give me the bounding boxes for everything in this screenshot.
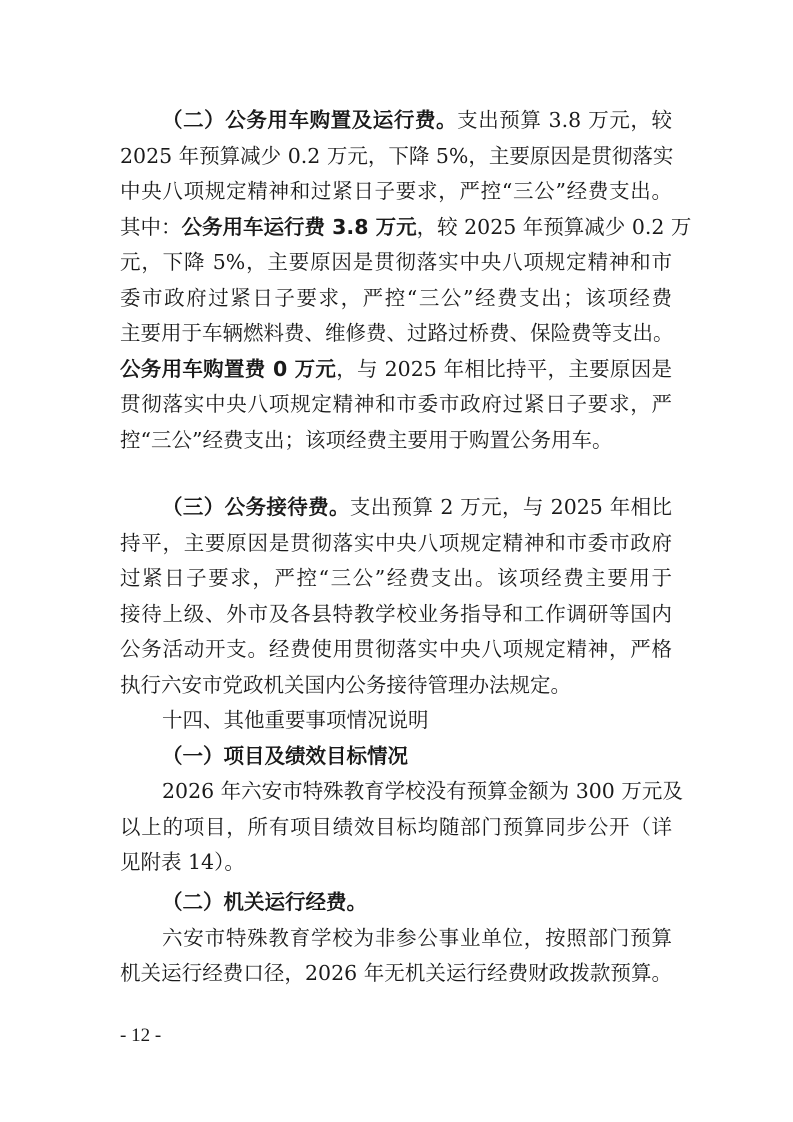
paragraph-line: 六安市特殊教育学校为非参公事业单位，按照部门预算: [162, 920, 672, 956]
text-run: 执行六安市党政机关国内公务接待管理办法规定。: [120, 673, 571, 697]
text-run: 支出预算 2 万元，与 2025 年相比: [350, 495, 672, 519]
subsection-project-performance-heading: （一）项目及绩效目标情况: [162, 738, 672, 774]
section-14-heading: 十四、其他重要事项情况说明: [162, 702, 672, 738]
page-number: - 12 -: [120, 1022, 161, 1050]
paragraph-line: 过紧日子要求，严控“三公”经费支出。该项经费主要用于: [120, 560, 672, 596]
paragraph-line: 委市政府过紧日子要求，严控“三公”经费支出；该项经费: [120, 280, 672, 316]
text-run: 支出预算 3.8 万元，较: [457, 108, 672, 132]
paragraph-line: 执行六安市党政机关国内公务接待管理办法规定。: [120, 667, 672, 703]
paragraph-line: 元，下降 5%，主要原因是贯彻落实中央八项规定精神和市: [120, 244, 672, 280]
bold-run: 公务用车购置费 0 万元: [120, 357, 336, 381]
paragraph-line: 2025 年预算减少 0.2 万元，下降 5%，主要原因是贯彻落实: [120, 138, 672, 174]
text-run: 贯彻落实中央八项规定精神和市委市政府过紧日子要求，严: [120, 392, 672, 416]
bold-run: （二）公务用车购置及运行费。: [162, 108, 457, 132]
text-run: 过紧日子要求，严控“三公”经费支出。该项经费主要用于: [120, 566, 672, 590]
bold-run: 公务用车运行费 3.8 万元: [182, 215, 417, 239]
document-page: （二）公务用车购置及运行费。支出预算 3.8 万元，较2025 年预算减少 0.…: [0, 0, 793, 1122]
paragraph-line: （二）公务用车购置及运行费。支出预算 3.8 万元，较: [162, 102, 672, 138]
paragraph-line: （三）公务接待费。支出预算 2 万元，与 2025 年相比: [162, 489, 672, 525]
text-run: 持平，主要原因是贯彻落实中央八项规定精神和市委市政府: [120, 531, 672, 555]
paragraph-line: 以上的项目，所有项目绩效目标均随部门预算同步公开（详: [120, 809, 672, 845]
paragraph-line: 其中：公务用车运行费 3.8 万元，较 2025 年预算减少 0.2 万: [120, 209, 672, 245]
paragraph-line: 接待上级、外市及各县特教学校业务指导和工作调研等国内: [120, 596, 672, 632]
paragraph-line: 主要用于车辆燃料费、维修费、过路过桥费、保险费等支出。: [120, 315, 672, 351]
paragraph-line: 控“三公”经费支出；该项经费主要用于购置公务用车。: [120, 422, 672, 458]
text-run: 其中：: [120, 215, 182, 239]
paragraph-line: 持平，主要原因是贯彻落实中央八项规定精神和市委市政府: [120, 525, 672, 561]
text-run: 接待上级、外市及各县特教学校业务指导和工作调研等国内: [120, 602, 672, 626]
text-run: ，与 2025 年相比持平，主要原因是: [336, 357, 672, 381]
text-run: 控“三公”经费支出；该项经费主要用于购置公务用车。: [120, 428, 612, 452]
text-run: 主要用于车辆燃料费、维修费、过路过桥费、保险费等支出。: [120, 321, 674, 345]
paragraph-line: 贯彻落实中央八项规定精神和市委市政府过紧日子要求，严: [120, 386, 672, 422]
paragraph-line: 公务活动开支。经费使用贯彻落实中央八项规定精神，严格: [120, 631, 672, 667]
text-run: 委市政府过紧日子要求，严控“三公”经费支出；该项经费: [120, 286, 672, 310]
text-run: 元，下降 5%，主要原因是贯彻落实中央八项规定精神和市: [120, 250, 672, 274]
paragraph-line: 中央八项规定精神和过紧日子要求，严控“三公”经费支出。: [120, 173, 672, 209]
paragraph-line: 见附表 14）。: [120, 844, 672, 880]
text-run: 中央八项规定精神和过紧日子要求，严控“三公”经费支出。: [120, 179, 672, 203]
subsection-operating-expenses-heading: （二）机关运行经费。: [162, 884, 672, 920]
paragraph-line: 机关运行经费口径，2026 年无机关运行经费财政拨款预算。: [120, 955, 672, 991]
text-run: ，较 2025 年预算减少 0.2 万: [417, 215, 692, 239]
paragraph-line: 2026 年六安市特殊教育学校没有预算金额为 300 万元及: [162, 773, 672, 809]
paragraph-line: 公务用车购置费 0 万元，与 2025 年相比持平，主要原因是: [120, 351, 672, 387]
text-run: 公务活动开支。经费使用贯彻落实中央八项规定精神，严格: [120, 637, 672, 661]
text-run: 2025 年预算减少 0.2 万元，下降 5%，主要原因是贯彻落实: [120, 144, 673, 168]
bold-run: （三）公务接待费。: [162, 495, 350, 519]
